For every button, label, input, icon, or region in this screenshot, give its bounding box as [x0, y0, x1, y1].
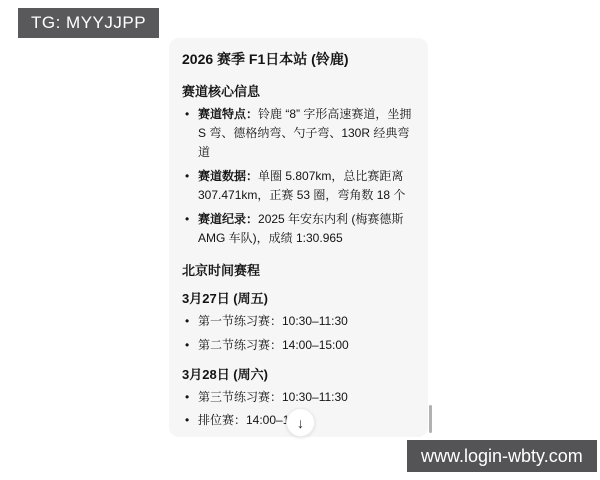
track-data-label: 赛道数据：: [198, 169, 258, 183]
schedule-day-friday: 3月27日 (周五) • 第一节练习赛：10:30–11:30 • 第二节练习赛…: [182, 290, 418, 355]
scroll-to-bottom-button[interactable]: ↓: [286, 408, 315, 437]
assistant-message-bubble: 2026 赛季 F1日本站 (铃鹿) 赛道核心信息 • 赛道特点：铃鹿 “8” …: [169, 38, 428, 437]
bullet-icon: •: [185, 336, 198, 355]
tg-watermark-badge: TG: MYYJJPP: [18, 8, 159, 38]
schedule-date: 3月28日 (周六): [182, 366, 418, 383]
scrollbar-thumb[interactable]: [429, 405, 432, 433]
schedule-item-text: 第一节练习赛：10:30–11:30: [198, 312, 418, 331]
list-item: • 赛道数据：单圈 5.807km，总比赛距离 307.471km，正赛 53 …: [182, 167, 418, 205]
schedule-heading: 北京时间赛程: [182, 262, 418, 279]
arrow-down-icon: ↓: [297, 416, 304, 430]
bullet-icon: •: [185, 411, 198, 430]
list-item: • 第一节练习赛：10:30–11:30: [182, 312, 418, 331]
track-info-list: • 赛道特点：铃鹿 “8” 字形高速赛道，坐拥 S 弯、德格纳弯、勺子弯、130…: [182, 105, 418, 248]
list-item: • 第三节练习赛：10:30–11:30: [182, 388, 418, 407]
schedule-item-text: 第二节练习赛：14:00–15:00: [198, 336, 418, 355]
bullet-icon: •: [185, 312, 198, 331]
bullet-icon: •: [185, 210, 198, 229]
site-watermark-badge: www.login-wbty.com: [407, 440, 597, 472]
schedule-date: 3月27日 (周五): [182, 290, 418, 307]
list-item: • 赛道特点：铃鹿 “8” 字形高速赛道，坐拥 S 弯、德格纳弯、勺子弯、130…: [182, 105, 418, 162]
track-record-label: 赛道纪录：: [198, 212, 258, 226]
schedule-list: • 第一节练习赛：10:30–11:30 • 第二节练习赛：14:00–15:0…: [182, 312, 418, 355]
track-info-heading: 赛道核心信息: [182, 83, 418, 100]
message-title: 2026 赛季 F1日本站 (铃鹿): [182, 49, 418, 69]
list-item: • 赛道纪录：2025 年安东内利 (梅赛德斯 AMG 车队)，成绩 1:30.…: [182, 210, 418, 248]
list-item: • 第二节练习赛：14:00–15:00: [182, 336, 418, 355]
schedule-item-text: 第三节练习赛：10:30–11:30: [198, 388, 418, 407]
bullet-icon: •: [185, 105, 198, 124]
bullet-icon: •: [185, 167, 198, 186]
track-feature-label: 赛道特点：: [198, 107, 258, 121]
bullet-icon: •: [185, 388, 198, 407]
